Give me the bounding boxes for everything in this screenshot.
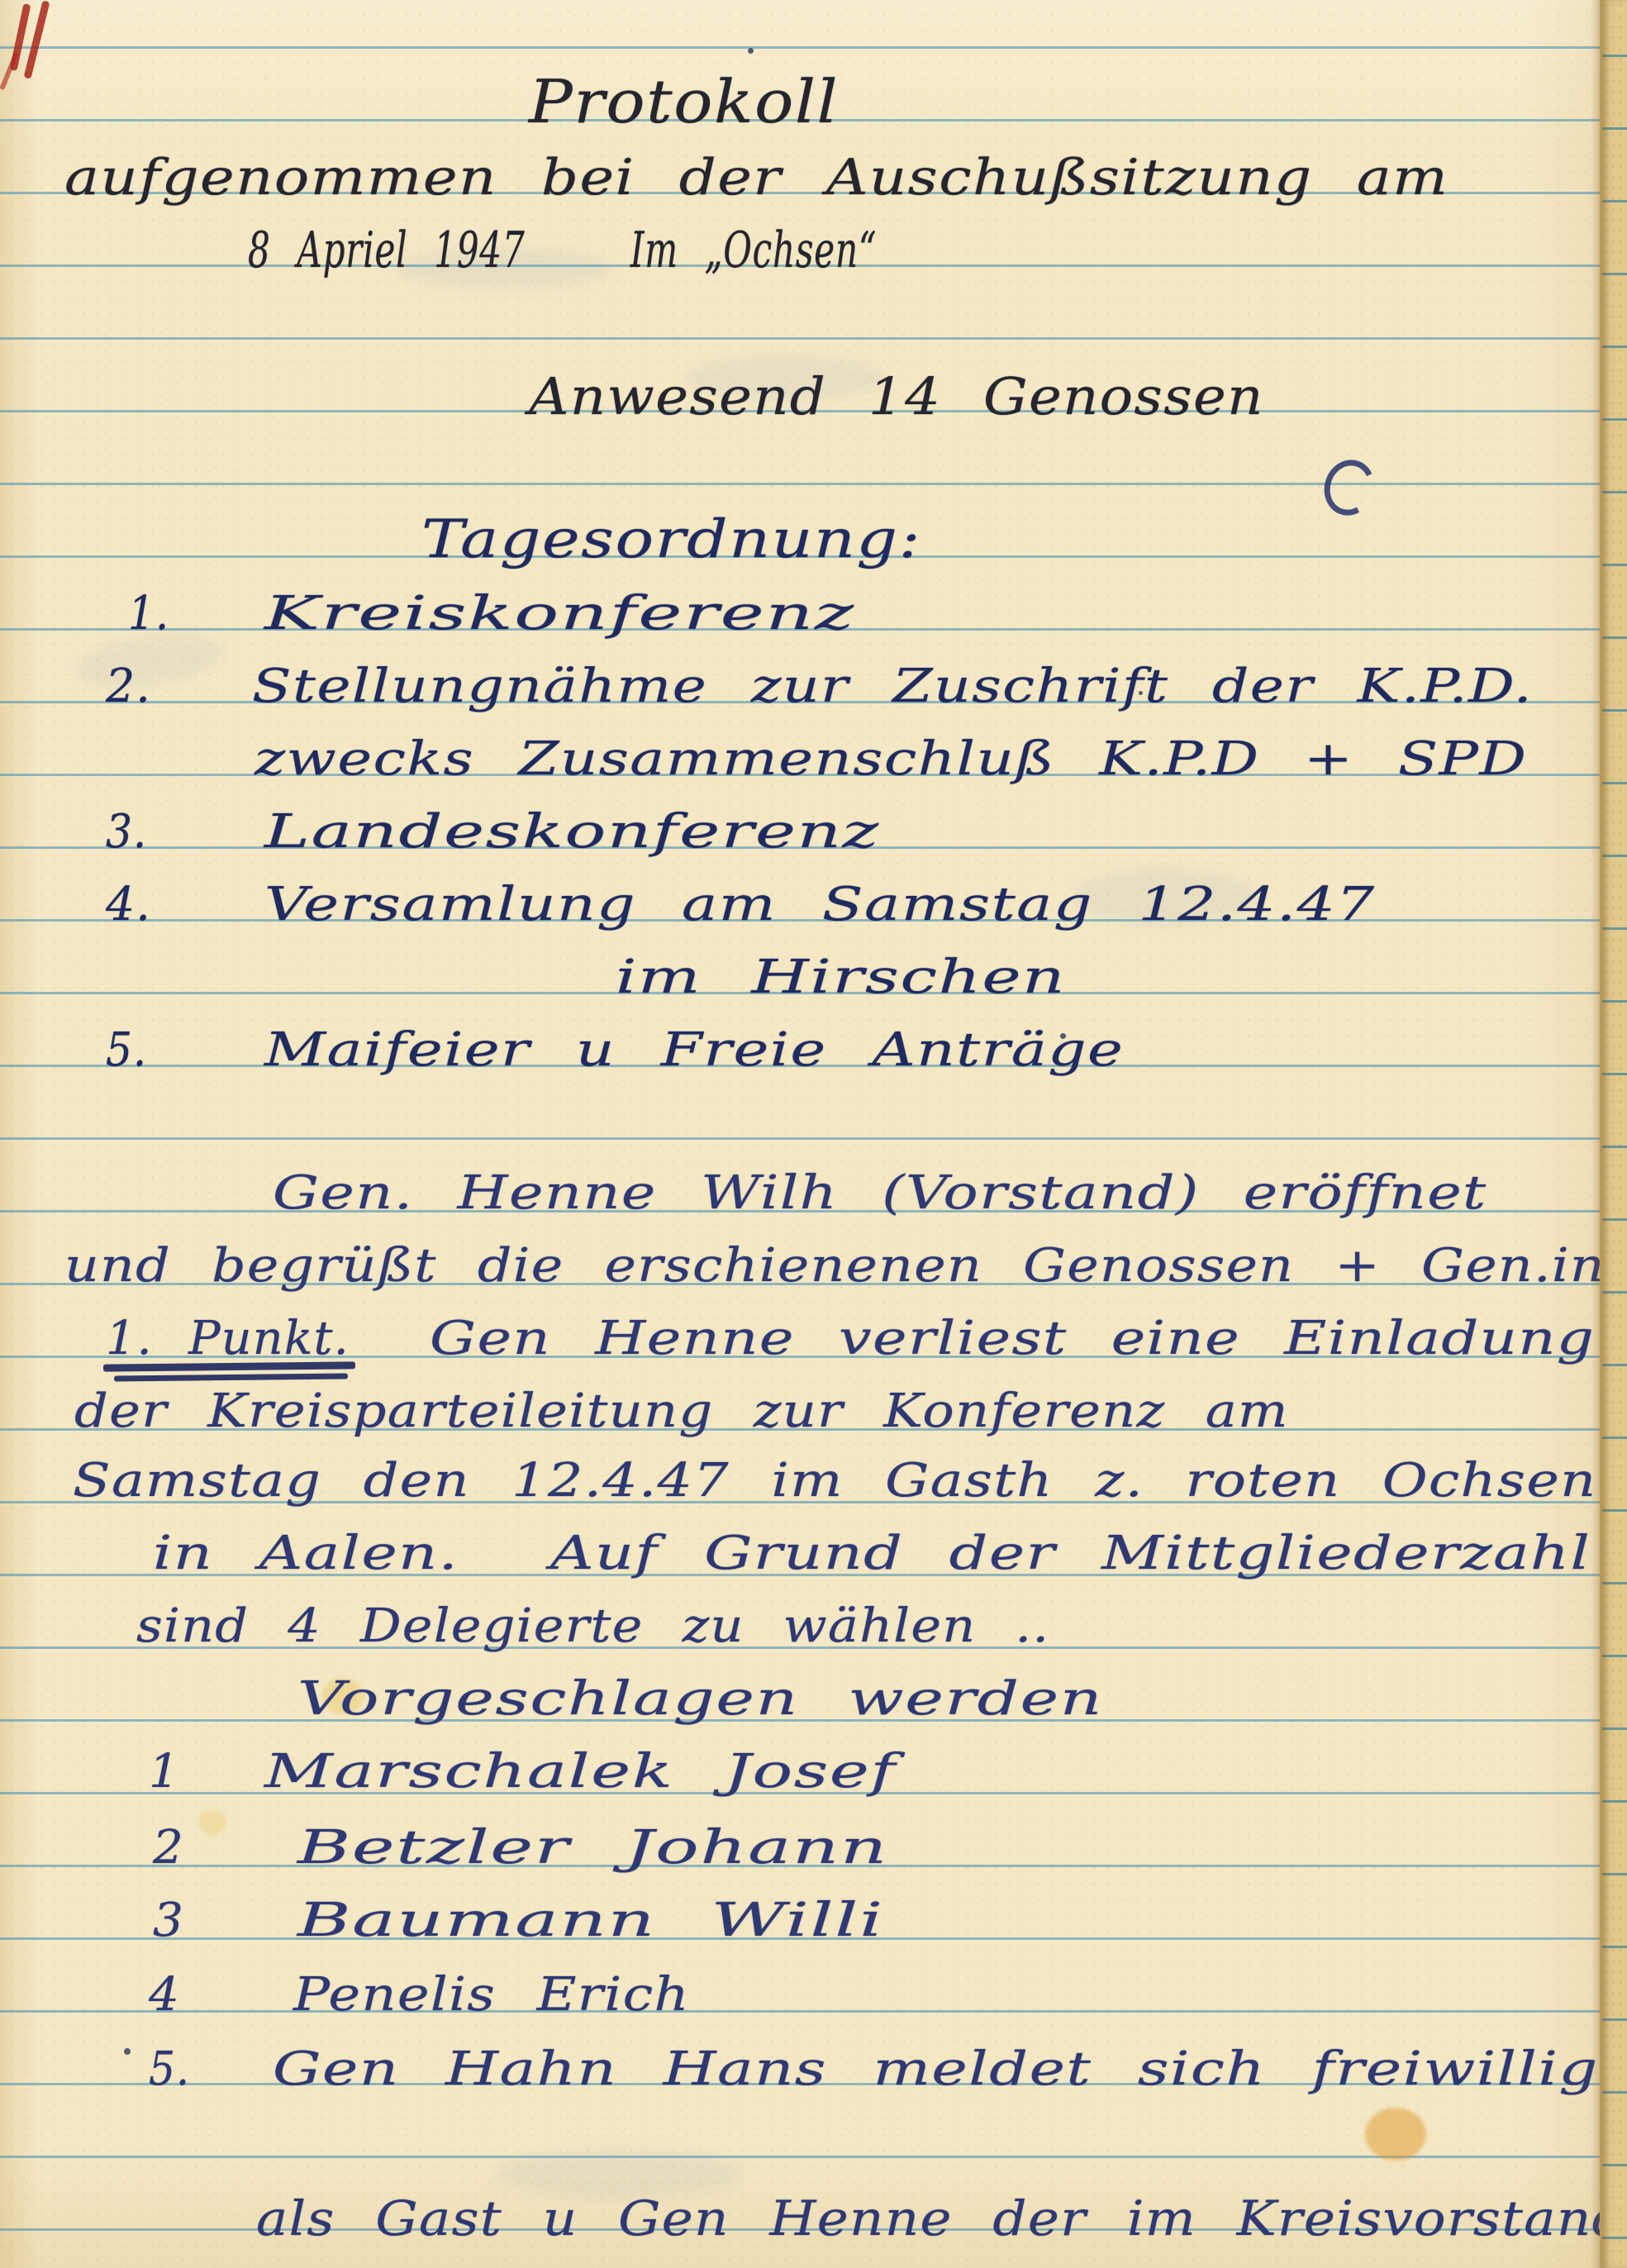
handwritten-line: zwecks Zusammenschluß K.P.D + SPD — [255, 736, 1527, 783]
handwritten-line: im Hirschen — [616, 955, 1066, 1001]
handwritten-line: Baumann Willi — [297, 1898, 884, 1944]
next-page-edge — [1600, 0, 1627, 2268]
punkt-underline — [114, 1374, 348, 1382]
handwritten-line: 2. — [106, 664, 151, 710]
handwritten-line: 8 Apriel 1947 Im „Ochsen“ — [248, 226, 877, 275]
handwritten-line: Anwesend 14 Genossen — [529, 371, 1264, 422]
red-pen-stroke — [0, 52, 19, 91]
handwritten-line: 4. — [106, 882, 151, 928]
ink-c-mark — [1317, 453, 1382, 522]
handwritten-line: Landeskonferenz — [264, 809, 880, 855]
handwritten-line: Marschalek Josef — [264, 1749, 897, 1795]
notebook-page: Protokollaufgenommen bei der Auschußsitz… — [0, 0, 1627, 2268]
handwritten-line: Samstag den 12.4.47 im Gasth z. roten Oc… — [73, 1458, 1596, 1504]
handwritten-line: Tagesordnung: — [421, 513, 921, 566]
handwritten-line: 4 — [149, 1972, 180, 2018]
handwritten-line: Penelis Erich — [293, 1972, 690, 2018]
handwritten-line: Vorgeschlagen werden — [297, 1676, 1103, 1722]
handwritten-line: 5. — [149, 2046, 190, 2093]
handwritten-line: der Kreisparteileitung zur Konferenz am — [74, 1389, 1289, 1435]
ink-speck — [748, 48, 754, 54]
handwritten-line: aufgenommen bei der Auschußsitzung am — [64, 153, 1449, 202]
handwritten-line: 1 — [149, 1749, 180, 1795]
handwritten-line: als Gast u Gen Henne der im Kreisvorstan… — [256, 2194, 1627, 2242]
handwritten-line: 1. — [128, 591, 169, 637]
handwritten-line: 3. — [106, 809, 147, 855]
handwritten-line: Gen Henne verliest eine Einladung — [430, 1316, 1595, 1362]
handwritten-line: Gen Hahn Hans meldet sich freiwillig — [273, 2046, 1599, 2093]
handwritten-line: 2 — [153, 1825, 184, 1871]
paper-stain — [198, 1810, 226, 1835]
handwritten-line: Kreiskonferenz — [264, 591, 855, 637]
handwritten-line: 5. — [106, 1027, 147, 1074]
handwritten-line: Betzler Johann — [297, 1825, 888, 1871]
handwritten-line: Stellungnähme zur Zuschrift der K.P.D. — [252, 664, 1533, 710]
handwritten-line: 1. Punkt. — [106, 1316, 350, 1362]
handwritten-line: und begrüßt die erschienenen Genossen + … — [64, 1243, 1606, 1289]
handwritten-line: Gen. Henne Wilh (Vorstand) eröffnet — [273, 1170, 1487, 1217]
handwritten-line: in Aalen. Auf Grund der Mittgliederzahl — [153, 1531, 1591, 1577]
handwritten-line: Maifeier u Freie Anträge — [264, 1027, 1124, 1074]
handwritten-line: sind 4 Delegierte zu wählen .. — [136, 1603, 1049, 1650]
handwritten-line: Protokoll — [529, 72, 839, 131]
handwritten-line: Versamlung am Samstag 12.4.47 — [264, 882, 1376, 928]
handwritten-line: 3 — [153, 1898, 184, 1944]
paper-stain — [1365, 2108, 1426, 2161]
ink-speck — [124, 2048, 131, 2055]
